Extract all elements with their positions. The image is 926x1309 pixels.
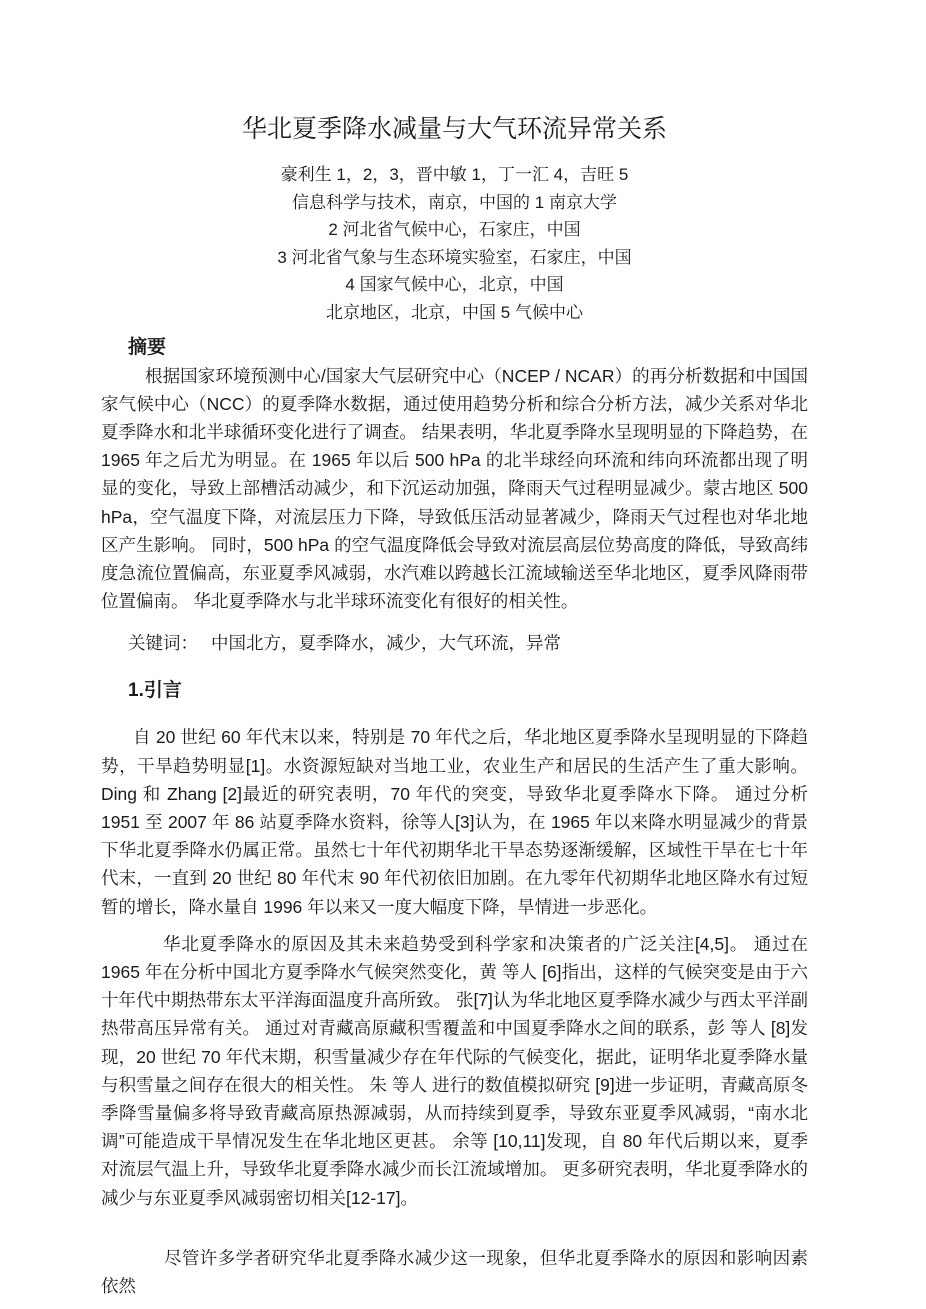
abstract-heading: 摘要: [128, 336, 808, 360]
keywords-label: 关键词：: [128, 633, 198, 653]
document-content: 华北夏季降水减量与大气环流异常关系 豪利生 1，2，3，晋中敏 1，丁一汇 4，…: [0, 0, 926, 1300]
intro-paragraph-3: 尽管许多学者研究华北夏季降水减少这一现象，但华北夏季降水的原因和影响因素依然: [101, 1244, 808, 1300]
affiliation-line-4: 4 国家气候中心，北京，中国: [101, 271, 808, 299]
affiliation-line-2: 2 河北省气候中心，石家庄，中国: [101, 216, 808, 244]
section-1-heading: 1.引言: [128, 679, 808, 703]
keywords-text: 中国北方，夏季降水，减少，大气环流，异常: [211, 633, 561, 653]
affiliation-line-5: 北京地区，北京，中国 5 气候中心: [101, 299, 808, 327]
intro-paragraph-2: 华北夏季降水的原因及其未来趋势受到科学家和决策者的广泛关注[4,5]。 通过在 …: [101, 930, 808, 1212]
paper-title: 华北夏季降水减量与大气环流异常关系: [101, 114, 808, 145]
intro-paragraph-1: 自 20 世纪 60 年代末以来，特别是 70 年代之后，华北地区夏季降水呈现明…: [101, 723, 808, 920]
abstract-text: 根据国家环境预测中心/国家大气层研究中心（NCEP / NCAR）的再分析数据和…: [101, 362, 808, 616]
affiliation-line-3: 3 河北省气象与生态环境实验室，石家庄，中国: [101, 244, 808, 272]
document-page: 华北夏季降水减量与大气环流异常关系 豪利生 1，2，3，晋中敏 1，丁一汇 4，…: [0, 0, 926, 1309]
authors-line: 豪利生 1，2，3，晋中敏 1，丁一汇 4，吉旺 5: [101, 161, 808, 189]
affiliation-line-1: 信息科学与技术，南京，中国的 1 南京大学: [101, 189, 808, 217]
keywords-line: 关键词：中国北方，夏季降水，减少，大气环流，异常: [128, 629, 808, 657]
